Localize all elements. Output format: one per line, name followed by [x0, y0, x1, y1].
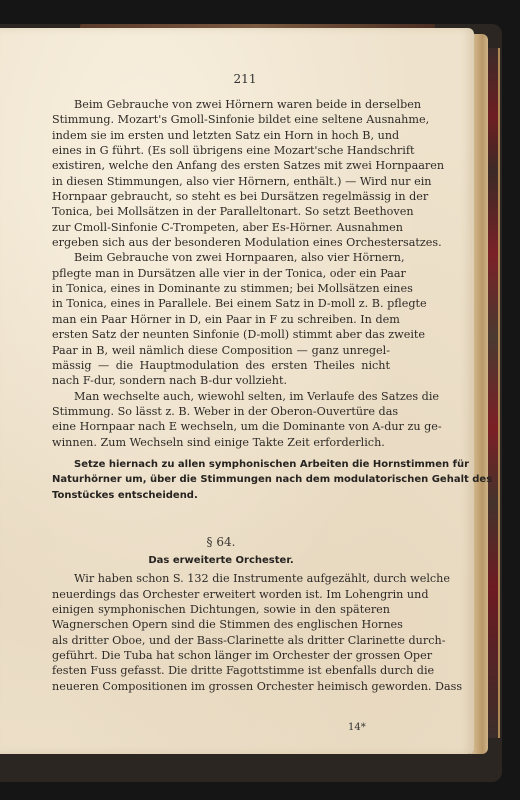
text-line: zur Cmoll-Sinfonie C-Trompeten, aber Es-…: [52, 220, 390, 235]
text-line: in Tonica, eines in Parallele. Bei einem…: [52, 296, 390, 311]
page-number: 211: [0, 72, 490, 86]
text-line: in Tonica, eines in Dominante zu stimmen…: [52, 281, 390, 296]
text-line: Tonica, bei Mollsätzen in der Parallelto…: [52, 204, 390, 219]
text-line: neueren Compositionen im grossen Orchest…: [52, 679, 390, 694]
text-line: Stimmung. Mozart's Gmoll-Sinfonie bildet…: [52, 112, 390, 127]
text-line: eines in G führt. (Es soll übrigens eine…: [52, 143, 390, 158]
text-line: pflegte man in Dursätzen alle vier in de…: [52, 266, 390, 281]
text-line: Man wechselte auch, wiewohl selten, im V…: [52, 389, 390, 404]
text-line: eine Hornpaar nach E wechseln, um die Do…: [52, 419, 390, 434]
section-number: § 64.: [52, 533, 390, 551]
section-title: Das erweiterte Orchester.: [52, 553, 390, 569]
text-line: indem sie im ersten und letzten Satz ein…: [52, 128, 390, 143]
text-line: nach F-dur, sondern nach B-dur vollzieht…: [52, 373, 390, 388]
text-line: Hornpaar gebraucht, so steht es bei Durs…: [52, 189, 390, 204]
signature-mark: 14*: [348, 722, 366, 733]
text-line: winnen. Zum Wechseln sind einige Takte Z…: [52, 435, 390, 450]
section-paragraph: Wir haben schon S. 132 die Instrumente a…: [52, 571, 390, 694]
paragraph-1: Beim Gebrauche von zwei Hörnern waren be…: [52, 97, 390, 250]
paragraph-3: Man wechselte auch, wiewohl selten, im V…: [52, 389, 390, 450]
text-line: man ein Paar Hörner in D, ein Paar in F …: [52, 312, 390, 327]
text-line: Wir haben schon S. 132 die Instrumente a…: [52, 571, 390, 586]
text-line: Paar in B, weil nämlich diese Compositio…: [52, 343, 390, 358]
exercise-paragraph: Setze hiernach zu allen symphonischen Ar…: [52, 457, 390, 504]
text-line: Naturhörner um, über die Stimmungen nach…: [52, 472, 390, 488]
text-line: Stimmung. So lässt z. B. Weber in der Ob…: [52, 404, 390, 419]
text-line: neuerdings das Orchester erweitert worde…: [52, 587, 390, 602]
text-line: Setze hiernach zu allen symphonischen Ar…: [52, 457, 390, 473]
text-line: als dritter Oboe, und der Bass-Clarinett…: [52, 633, 390, 648]
text-line: Tonstückes entscheidend.: [52, 488, 390, 504]
text-line: ersten Satz der neunten Sinfonie (D-moll…: [52, 327, 390, 342]
text-line: ergeben sich aus der besonderen Modulati…: [52, 235, 390, 250]
text-line: existiren, welche den Anfang des ersten …: [52, 158, 390, 173]
text-line: geführt. Die Tuba hat schon länger im Or…: [52, 648, 390, 663]
text-line: festen Fuss gefasst. Die dritte Fagottst…: [52, 663, 390, 678]
text-line: Wagnerschen Opern sind die Stimmen des e…: [52, 617, 390, 632]
page-body: Beim Gebrauche von zwei Hörnern waren be…: [52, 97, 390, 694]
text-line: Beim Gebrauche von zwei Hornpaaren, also…: [52, 250, 390, 265]
paragraph-2: Beim Gebrauche von zwei Hornpaaren, also…: [52, 250, 390, 388]
text-line: einigen symphonischen Dichtungen, sowie …: [52, 602, 390, 617]
text-line: in diesen Stimmungen, also vier Hörnern,…: [52, 174, 390, 189]
text-line: mässig — die Hauptmodulation des ersten …: [52, 358, 390, 373]
text-line: Beim Gebrauche von zwei Hörnern waren be…: [52, 97, 390, 112]
